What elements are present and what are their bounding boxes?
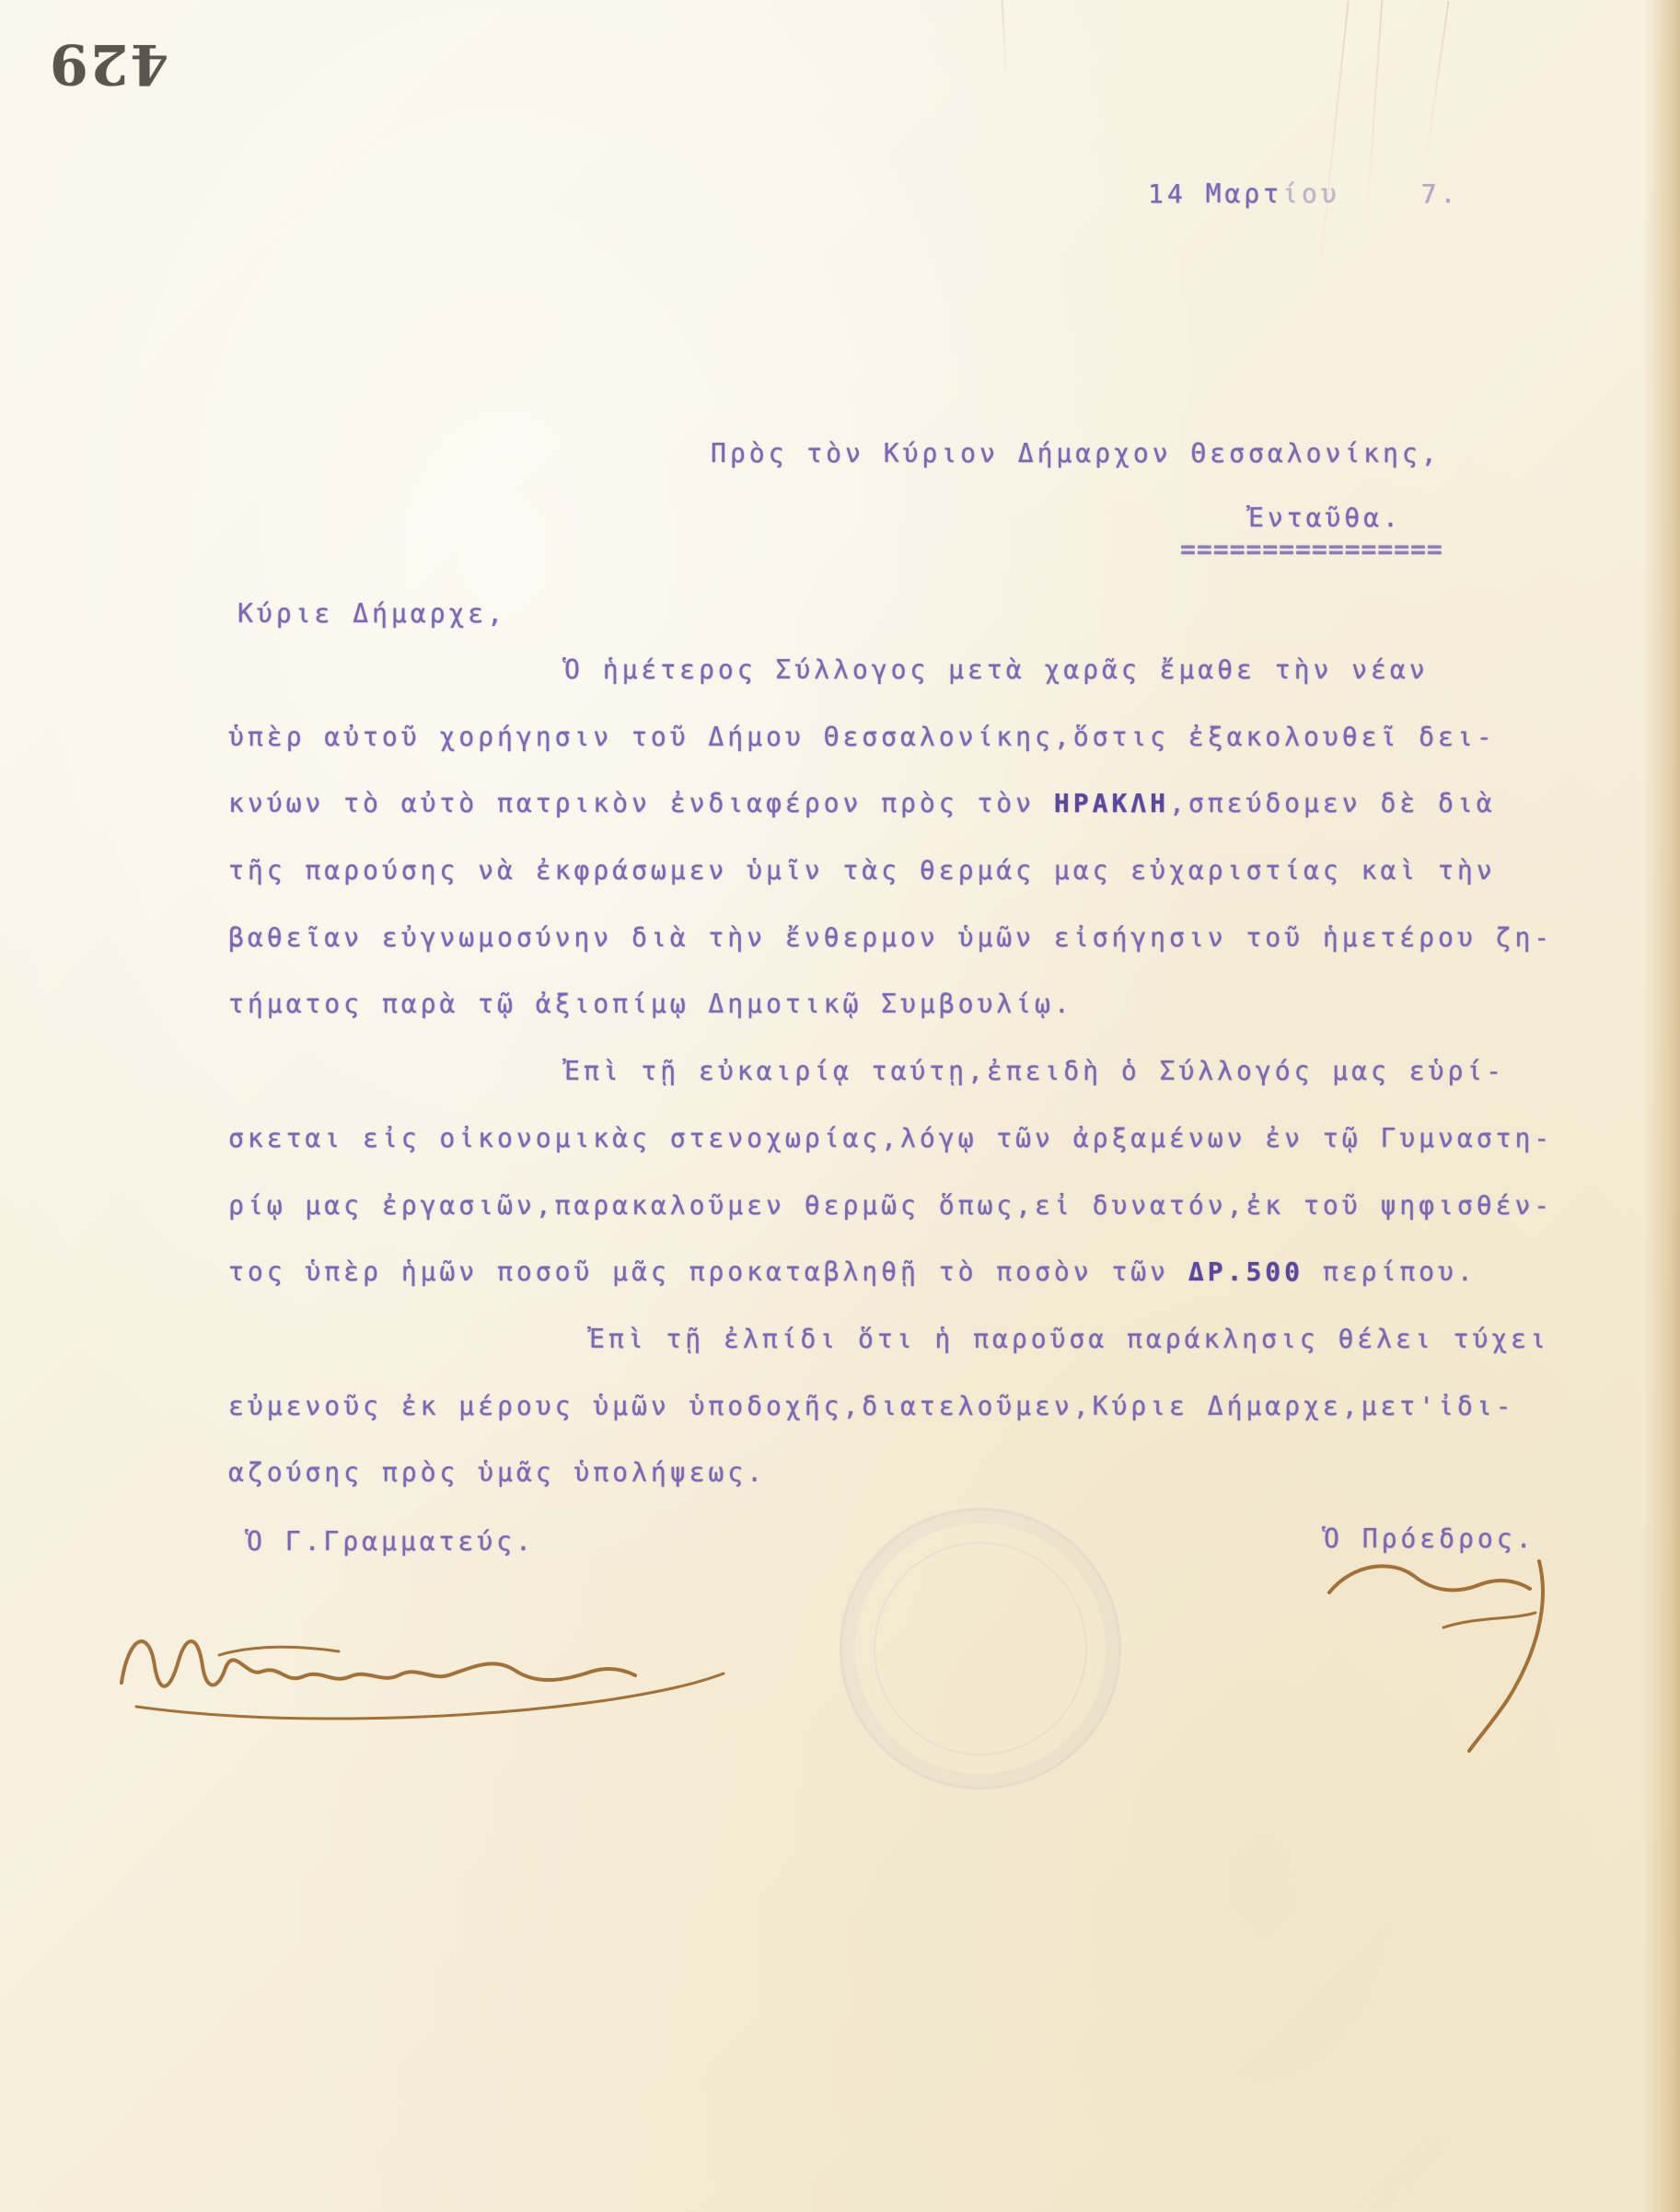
faint-round-stamp xyxy=(814,1482,1148,1816)
recipient-line: Πρὸς τὸν Κύριον Δήμαρχον Θεσσαλονίκης, xyxy=(711,438,1441,469)
president-signature xyxy=(1315,1548,1618,1760)
body-line: αζούσης πρὸς ὑμᾶς ὑπολήψεως. xyxy=(228,1440,1553,1507)
page-number-stamp: 429 xyxy=(48,31,168,96)
faint-round-stamp-inner-ring xyxy=(853,1522,1106,1775)
body-line: κνύων τὸ αὐτὸ πατρικὸν ἐνδιαφέρον πρὸς τ… xyxy=(228,770,1553,838)
body-line: τήματος παρὰ τῷ ἀξιοπίμῳ Δημοτικῷ Συμβου… xyxy=(228,971,1553,1038)
date-text-faded: ίου xyxy=(1282,179,1340,209)
body-line: τος ὑπὲρ ἡμῶν ποσοῦ μᾶς προκαταβληθῇ τὸ … xyxy=(228,1239,1553,1306)
body-line: Ἐπὶ τῇ εὐκαιρίᾳ ταύτῃ,ἐπειδὴ ὁ Σύλλογός … xyxy=(228,1038,1553,1106)
recipient-place: Ἐνταῦθα. xyxy=(1248,503,1402,533)
body-line: σκεται εἰς οἰκονομικὰς στενοχωρίας,λόγῳ … xyxy=(228,1106,1553,1173)
letter-body: Ὁ ἡμέτερος Σύλλογος μετὰ χαρᾶς ἔμαθε τὴν… xyxy=(228,637,1553,1507)
date-year-fragment: 7. xyxy=(1421,179,1460,209)
paper-crease xyxy=(1318,1,1349,276)
dateline: 14 Μαρτίου7. xyxy=(1148,179,1459,209)
body-line: τῆς παρούσης νὰ ἐκφράσωμεν ὑμῖν τὰς θερμ… xyxy=(228,838,1553,905)
salutation: Κύριε Δήμαρχε, xyxy=(238,598,506,629)
secretary-signature xyxy=(109,1591,753,1747)
body-line: εὐμενοῦς ἐκ μέρους ὑμῶν ὑποδοχῆς,διατελο… xyxy=(228,1373,1553,1441)
secretary-label: Ὁ Γ.Γραμματεύς. xyxy=(247,1526,535,1557)
body-line: ρίῳ μας ἐργασιῶν,παρακαλοῦμεν θερμῶς ὅπω… xyxy=(228,1173,1553,1240)
body-line: Ὁ ἡμέτερος Σύλλογος μετὰ χαρᾶς ἔμαθε τὴν… xyxy=(228,637,1553,704)
date-text: 14 Μαρτ xyxy=(1148,179,1282,209)
body-line: Ἐπὶ τῇ ἐλπίδι ὅτι ἡ παροῦσα παράκλησις θ… xyxy=(228,1306,1553,1373)
paper-right-edge-shadow xyxy=(1643,0,1680,2212)
body-line: ὑπὲρ αὐτοῦ χορήγησιν τοῦ Δήμου Θεσσαλονί… xyxy=(228,704,1553,771)
scanned-letter-page: { "page_number": "429", "dateline": { "d… xyxy=(0,0,1680,2212)
body-line: βαθεῖαν εὐγνωμοσύνην διὰ τὴν ἔνθερμον ὑμ… xyxy=(228,905,1553,972)
paper-crease xyxy=(1002,0,1008,83)
paper-crease xyxy=(1424,1,1449,166)
recipient-underline: ================ xyxy=(1180,534,1443,564)
